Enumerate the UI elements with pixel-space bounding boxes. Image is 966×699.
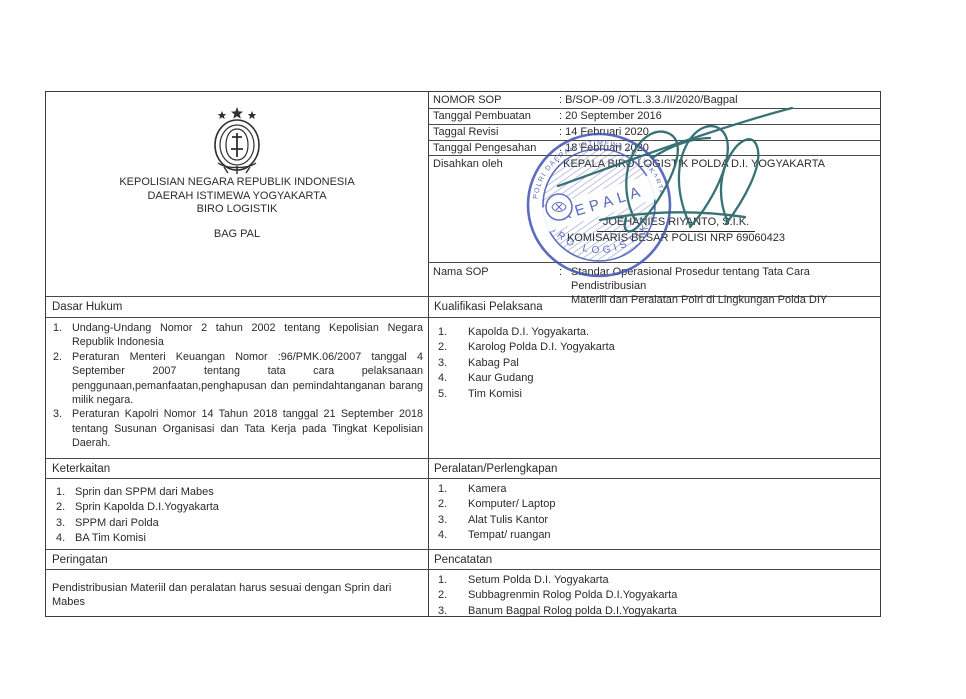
item-number: 3. bbox=[53, 407, 72, 421]
meta-row-tanggal-pengesahan: Tanggal Pengesahan : 18 Februari 2020 bbox=[428, 140, 880, 155]
meta-label: Taggal Revisi bbox=[433, 126, 559, 140]
meta-row-tanggal-pembuatan: Tanggal Pembuatan : 20 September 2016 bbox=[428, 108, 880, 124]
item-number: 1. bbox=[53, 321, 72, 335]
dasar-hukum-list: 1. Undang-Undang Nomor 2 tahun 2002 tent… bbox=[53, 321, 423, 451]
item-number: 2. bbox=[438, 588, 468, 603]
signer-rank: KOMISARIS BESAR POLISI NRP 69060423 bbox=[516, 232, 836, 246]
section-title-dasar-hukum: Dasar Hukum bbox=[46, 296, 428, 317]
kualifikasi-pelaksana-list: 1. Kapolda D.I. Yogyakarta. 2. Karolog P… bbox=[438, 325, 868, 402]
nama-sop-cell: Nama SOP : Standar Operasional Prosedur … bbox=[428, 262, 882, 296]
meta-label: Tanggal Pembuatan bbox=[433, 110, 559, 124]
item-text: Setum Polda D.I. Yogyakarta bbox=[468, 573, 868, 588]
meta-label: NOMOR SOP bbox=[433, 94, 559, 108]
organization-cell: KEPOLISIAN NEGARA REPUBLIK INDONESIA DAE… bbox=[46, 92, 428, 296]
section-title-keterkaitan: Keterkaitan bbox=[46, 458, 428, 478]
item-text: Peraturan Menteri Keuangan Nomor :96/PMK… bbox=[72, 350, 423, 408]
item-text: Kaur Gudang bbox=[468, 371, 868, 386]
item-text: Sprin Kapolda D.I.Yogyakarta bbox=[75, 500, 416, 515]
item-number: 1. bbox=[438, 573, 468, 588]
list-item: 3. Alat Tulis Kantor bbox=[438, 513, 868, 528]
item-text: SPPM dari Polda bbox=[75, 516, 416, 531]
list-item: 2. Komputer/ Laptop bbox=[438, 497, 868, 512]
list-item: 2. Sprin Kapolda D.I.Yogyakarta bbox=[56, 500, 416, 515]
item-number: 1. bbox=[438, 325, 468, 340]
item-text: Karolog Polda D.I. Yogyakarta bbox=[468, 340, 868, 355]
nama-sop-value: Standar Operasional Prosedur tentang Tat… bbox=[571, 266, 878, 296]
scanned-sop-document: KEPOLISIAN NEGARA REPUBLIK INDONESIA DAE… bbox=[0, 0, 966, 699]
keterkaitan-list: 1. Sprin dan SPPM dari Mabes 2. Sprin Ka… bbox=[56, 485, 416, 547]
item-number: 1. bbox=[438, 482, 468, 497]
list-item: 3. SPPM dari Polda bbox=[56, 516, 416, 531]
section-title-peringatan: Peringatan bbox=[46, 549, 428, 569]
item-number: 4. bbox=[438, 528, 468, 543]
signer-block: JOEHANIES RIYANTO, S.I.K. KOMISARIS BESA… bbox=[516, 216, 836, 245]
item-text: Undang-Undang Nomor 2 tahun 2002 tentang… bbox=[72, 321, 423, 350]
item-number: 3. bbox=[438, 356, 468, 371]
peringatan-text: Pendistribusian Materiil dan peralatan h… bbox=[52, 582, 420, 610]
peringatan-cell: Pendistribusian Materiil dan peralatan h… bbox=[46, 569, 428, 618]
list-item: 4. BA Tim Komisi bbox=[56, 531, 416, 546]
row-divider bbox=[46, 478, 880, 479]
list-item: 4. Kaur Gudang bbox=[438, 371, 868, 386]
org-line: BIRO LOGISTIK bbox=[46, 203, 428, 217]
item-text: Subbagrenmin Rolog Polda D.I.Yogyakarta bbox=[468, 588, 868, 603]
item-text: Peraturan Kapolri Nomor 14 Tahun 2018 ta… bbox=[72, 407, 423, 450]
colon: : bbox=[559, 266, 571, 296]
signer-name: JOEHANIES RIYANTO, S.I.K. bbox=[597, 216, 755, 232]
item-number: 2. bbox=[438, 340, 468, 355]
organization-name: KEPOLISIAN NEGARA REPUBLIK INDONESIA DAE… bbox=[46, 176, 428, 217]
meta-label: Tanggal Pengesahan bbox=[433, 142, 559, 155]
item-number: 4. bbox=[56, 531, 75, 546]
meta-value: : 18 Februari 2020 bbox=[559, 142, 880, 155]
peralatan-list: 1. Kamera 2. Komputer/ Laptop 3. Alat Tu… bbox=[438, 482, 868, 544]
item-text: Alat Tulis Kantor bbox=[468, 513, 868, 528]
item-number: 3. bbox=[438, 513, 468, 528]
section-title-pencatatan: Pencatatan bbox=[428, 549, 882, 569]
meta-label: Nama SOP bbox=[433, 266, 559, 296]
item-text: BA Tim Komisi bbox=[75, 531, 416, 546]
section-title-peralatan: Peralatan/Perlengkapan bbox=[428, 458, 882, 478]
item-number: 3. bbox=[438, 604, 468, 619]
polri-emblem-icon bbox=[204, 103, 270, 177]
list-item: 2. Peraturan Menteri Keuangan Nomor :96/… bbox=[53, 350, 423, 408]
item-text: Tim Komisi bbox=[468, 387, 868, 402]
disahkan-value: : KEPALA BIRO LOGISTIK POLDA D.I. YOGYAK… bbox=[557, 158, 825, 172]
item-number: 2. bbox=[56, 500, 75, 515]
list-item: 5. Tim Komisi bbox=[438, 387, 868, 402]
item-text: Kabag Pal bbox=[468, 356, 868, 371]
nama-sop-line: Standar Operasional Prosedur tentang Tat… bbox=[571, 266, 878, 294]
list-item: 1. Undang-Undang Nomor 2 tahun 2002 tent… bbox=[53, 321, 423, 350]
item-text: Kapolda D.I. Yogyakarta. bbox=[468, 325, 868, 340]
list-item: 1. Kamera bbox=[438, 482, 868, 497]
section-title-kualifikasi-pelaksana: Kualifikasi Pelaksana bbox=[428, 296, 882, 317]
org-line: KEPOLISIAN NEGARA REPUBLIK INDONESIA bbox=[46, 176, 428, 190]
list-item: 1. Kapolda D.I. Yogyakarta. bbox=[438, 325, 868, 340]
list-item: 1. Sprin dan SPPM dari Mabes bbox=[56, 485, 416, 500]
list-item: 2. Subbagrenmin Rolog Polda D.I.Yogyakar… bbox=[438, 588, 868, 603]
item-text: Tempat/ ruangan bbox=[468, 528, 868, 543]
item-number: 2. bbox=[53, 350, 72, 364]
unit-name: BAG PAL bbox=[46, 228, 428, 242]
disahkan-oleh-cell: Disahkan oleh : KEPALA BIRO LOGISTIK POL… bbox=[428, 155, 882, 262]
list-item: 2. Karolog Polda D.I. Yogyakarta bbox=[438, 340, 868, 355]
item-text: Komputer/ Laptop bbox=[468, 497, 868, 512]
meta-value: : 14 Februari 2020 bbox=[559, 126, 880, 140]
org-line: DAERAH ISTIMEWA YOGYAKARTA bbox=[46, 190, 428, 204]
list-item: 3. Banum Bagpal Rolog polda D.I.Yogyakar… bbox=[438, 604, 868, 619]
list-item: 3. Peraturan Kapolri Nomor 14 Tahun 2018… bbox=[53, 407, 423, 450]
item-text: Banum Bagpal Rolog polda D.I.Yogyakarta bbox=[468, 604, 868, 619]
meta-label: Disahkan oleh bbox=[433, 158, 503, 172]
item-text: Sprin dan SPPM dari Mabes bbox=[75, 485, 416, 500]
meta-row-tanggal-revisi: Taggal Revisi : 14 Februari 2020 bbox=[428, 124, 880, 140]
item-text: Kamera bbox=[468, 482, 868, 497]
meta-row-nomor-sop: NOMOR SOP : B/SOP-09 /OTL.3.3./II/2020/B… bbox=[428, 92, 880, 108]
meta-value: : 20 September 2016 bbox=[559, 110, 880, 124]
item-number: 5. bbox=[438, 387, 468, 402]
meta-value: : B/SOP-09 /OTL.3.3./II/2020/Bagpal bbox=[559, 94, 880, 108]
list-item: 4. Tempat/ ruangan bbox=[438, 528, 868, 543]
item-number: 1. bbox=[56, 485, 75, 500]
item-number: 4. bbox=[438, 371, 468, 386]
row-divider bbox=[46, 317, 880, 318]
list-item: 3. Kabag Pal bbox=[438, 356, 868, 371]
list-item: 1. Setum Polda D.I. Yogyakarta bbox=[438, 573, 868, 588]
pencatatan-list: 1. Setum Polda D.I. Yogyakarta 2. Subbag… bbox=[438, 573, 868, 619]
item-number: 3. bbox=[56, 516, 75, 531]
item-number: 2. bbox=[438, 497, 468, 512]
sop-identity-table: KEPOLISIAN NEGARA REPUBLIK INDONESIA DAE… bbox=[45, 91, 881, 617]
